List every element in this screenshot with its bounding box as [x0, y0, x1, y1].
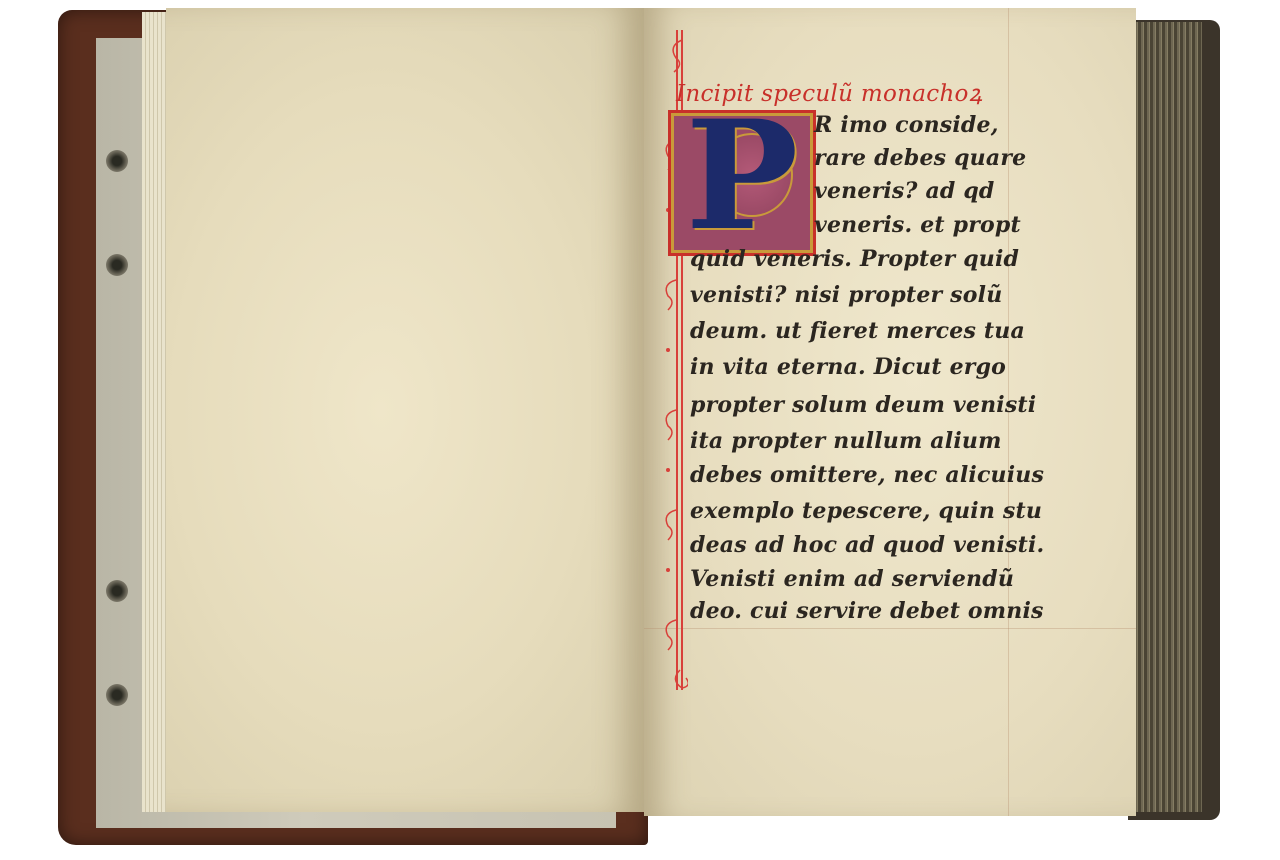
text-line: in vita eterna. Dicut ergo: [690, 354, 1006, 380]
text-line: deum. ut fieret merces tua: [690, 318, 1025, 344]
ruling-line: [644, 628, 1136, 629]
text-line: Venisti enim ad serviendũ: [690, 566, 1014, 592]
text-line: veneris? ad qd: [814, 178, 995, 204]
text-line: ita propter nullum alium: [690, 428, 1002, 454]
text-line: propter solum deum venisti: [690, 392, 1036, 418]
initial-letter: P: [671, 101, 813, 251]
sewing-hole: [106, 254, 128, 276]
text-line: deas ad hoc ad quod venisti.: [690, 532, 1044, 558]
text-line: rare debes quare: [814, 145, 1026, 171]
text-line: R imo conside,: [814, 112, 999, 138]
text-line: quid veneris. Propter quid: [690, 246, 1019, 272]
illuminated-initial: P: [668, 110, 816, 256]
sewing-hole: [106, 684, 128, 706]
text-line: venisti? nisi propter solũ: [690, 282, 1002, 308]
text-line: debes omittere, nec alicuius: [690, 462, 1044, 488]
text-line: deo. cui servire debet omnis: [690, 598, 1044, 624]
text-line: exemplo tepescere, quin stu: [690, 498, 1042, 524]
text-line: veneris. et propt: [814, 212, 1021, 238]
right-leaf-edges: [1132, 22, 1202, 812]
sewing-hole: [106, 580, 128, 602]
sewing-hole: [106, 150, 128, 172]
left-page: [166, 8, 644, 812]
